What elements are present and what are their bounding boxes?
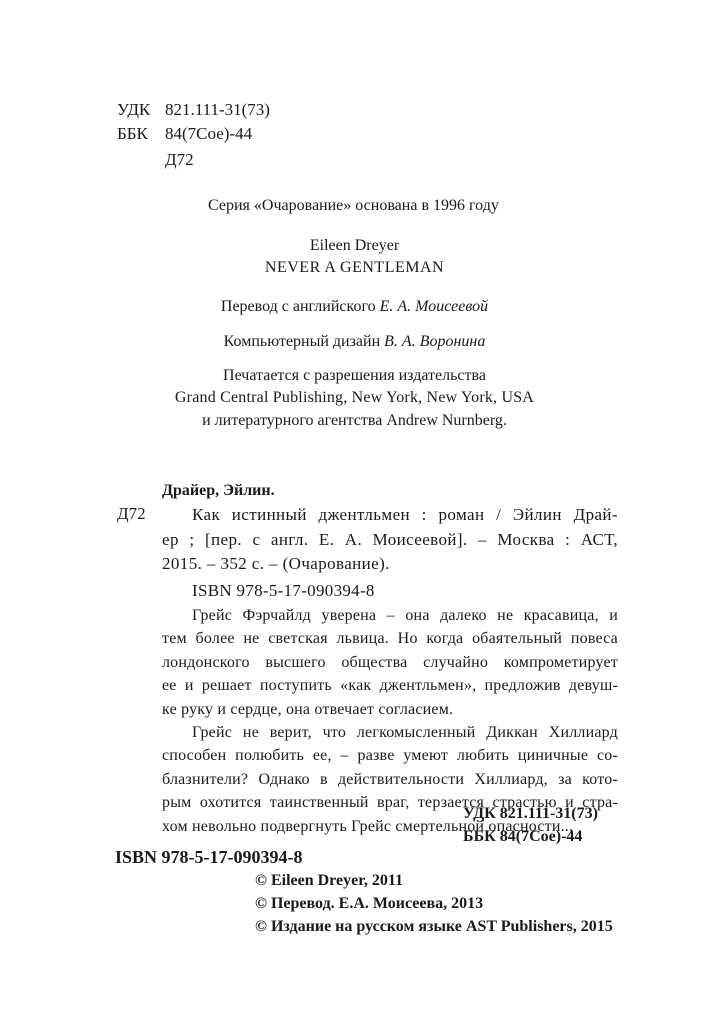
translation-credit: Перевод с английского Е. А. Моисеевой [0, 298, 709, 316]
isbn-bold: ISBN 978-5-17-090394-8 [115, 847, 303, 868]
series-note: Серия «Очарование» основана в 1996 году [208, 197, 499, 215]
design-credit: Компьютерный дизайн В. А. Воронина [0, 333, 709, 351]
udk-label: УДК [117, 100, 150, 120]
translator-name: Е. А. Моисеевой [380, 298, 488, 315]
catalog-line: ер ; [пер. с англ. Е. А. Моисеевой]. – М… [162, 528, 618, 553]
annotation-line: ее и решает поступить «как джентльмен», … [162, 674, 618, 697]
designer-name: В. А. Воронина [384, 333, 485, 350]
bbk-label: ББК [117, 124, 148, 144]
author-mark: Д72 [165, 150, 194, 170]
copyright-author: © Eileen Dreyer, 2011 [255, 872, 403, 890]
footer-bbk: ББК 84(7Сое)-44 [463, 828, 582, 846]
bbk-value: 84(7Сое)-44 [165, 124, 252, 144]
catalog-description: Как истинный джентльмен : роман / Эйлин … [162, 503, 618, 577]
catalog-author-heading: Драйер, Эйлин. [162, 482, 275, 500]
catalog-line: Как истинный джентльмен : роман / Эйлин … [162, 503, 618, 528]
annotation: Грейс Фэрчайлд уверена – она далеко не к… [162, 604, 618, 838]
catalog-mark: Д72 [117, 504, 146, 524]
annotation-line: тем более не светская львица. Но когда о… [162, 627, 618, 650]
annotation-line: блазнители? Однако в действительности Хи… [162, 768, 618, 791]
annotation-line: Грейс Фэрчайлд уверена – она далеко не к… [162, 604, 618, 627]
udk-value: 821.111-31(73) [165, 100, 270, 120]
catalog-line: 2015. – 352 с. – (Очарование). [162, 552, 618, 577]
permission-line-1: Печатается с разрешения издательства [0, 367, 709, 385]
permission-line-2: Grand Central Publishing, New York, New … [0, 389, 709, 407]
design-prefix: Компьютерный дизайн [224, 333, 381, 350]
translation-prefix: Перевод с английского [221, 298, 376, 315]
annotation-line: способен полюбить ее, – разве умеют люби… [162, 744, 618, 767]
annotation-line: ке руку и сердце, она отвечает согласием… [162, 698, 618, 721]
catalog-isbn: ISBN 978-5-17-090394-8 [192, 581, 375, 601]
copyright-edition: © Издание на русском языке AST Publisher… [255, 918, 613, 936]
original-title: NEVER A GENTLEMAN [0, 259, 709, 277]
footer-udk: УДК 821.111-31(73) [463, 805, 598, 823]
annotation-line: Грейс не верит, что легкомысленный Дикка… [162, 721, 618, 744]
original-author: Eileen Dreyer [0, 237, 709, 255]
copyright-translation: © Перевод. Е.А. Моисеева, 2013 [255, 895, 483, 913]
annotation-line: лондонского высшего общества случайно ко… [162, 651, 618, 674]
permission-line-3: и литературного агентства Andrew Nurnber… [0, 412, 709, 430]
